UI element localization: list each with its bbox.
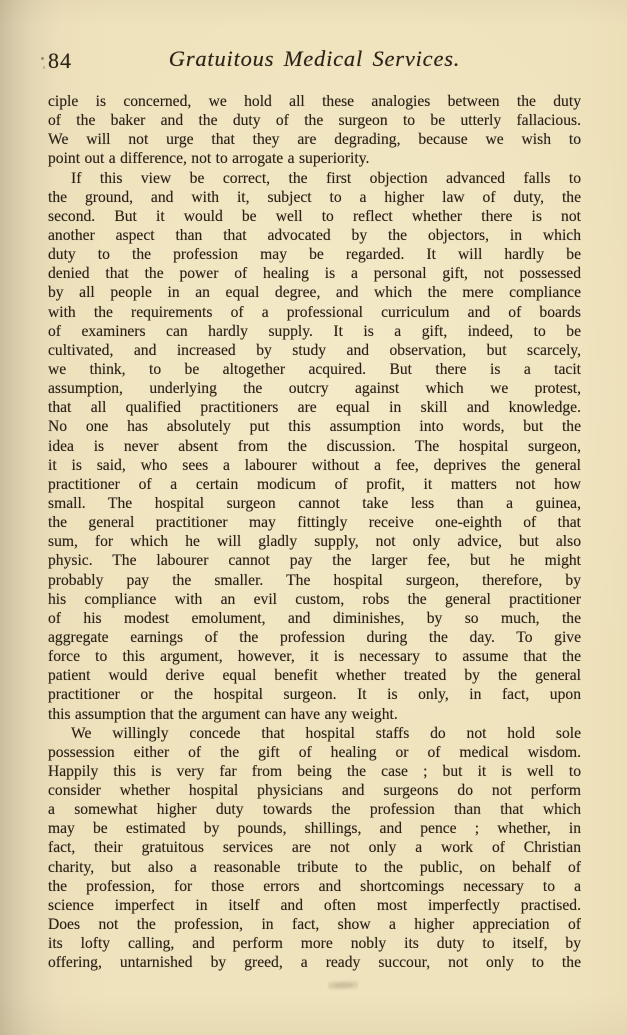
text-line: No one has absolutely put this assumptio… bbox=[48, 417, 581, 436]
text-line: we think, to be altogether acquired. But… bbox=[48, 360, 581, 379]
ink-speck bbox=[43, 66, 45, 69]
text-line: by all people in an equal degree, and wh… bbox=[48, 283, 581, 302]
text-line: its lofty calling, and perform more nobl… bbox=[48, 934, 581, 953]
text-line: offering, untarnished by greed, a ready … bbox=[48, 953, 581, 972]
text-line: a somewhat higher duty towards the profe… bbox=[48, 800, 581, 819]
text-line: If this view be correct, the first objec… bbox=[48, 169, 581, 188]
text-line: cultivated, and increased by study and o… bbox=[48, 341, 581, 360]
text-line: Does not the profession, in fact, show a… bbox=[48, 915, 581, 934]
text-line: point out a difference, not to arrogate … bbox=[48, 149, 581, 168]
text-line: charity, but also a reasonable tribute t… bbox=[48, 858, 581, 877]
text-line: ciple is concerned, we hold all these an… bbox=[48, 92, 581, 111]
text-line: with the requirements of a professional … bbox=[48, 303, 581, 322]
text-line: the profession, for those errors and sho… bbox=[48, 877, 581, 896]
ink-speck bbox=[41, 57, 44, 60]
text-line: assumption, underlying the outcry agains… bbox=[48, 379, 581, 398]
text-line: fact, their gratuitous services are not … bbox=[48, 838, 581, 857]
text-line: idea is never absent from the discussion… bbox=[48, 437, 581, 456]
text-line: patient would derive equal benefit wheth… bbox=[48, 666, 581, 685]
text-line: We willingly concede that hospital staff… bbox=[48, 724, 581, 743]
text-line: his compliance with an evil custom, robs… bbox=[48, 590, 581, 609]
scanned-book-page: 84 Gratuitous Medical Services. ciple is… bbox=[0, 0, 627, 1035]
text-line: We will not urge that they are degrading… bbox=[48, 130, 581, 149]
paragraph: If this view be correct, the first objec… bbox=[48, 169, 581, 724]
text-line: the general practitioner may fittingly r… bbox=[48, 513, 581, 532]
paragraph: We willingly concede that hospital staff… bbox=[48, 724, 581, 973]
text-line: science imperfect in itself and often mo… bbox=[48, 896, 581, 915]
text-line: that all qualified practitioners are equ… bbox=[48, 398, 581, 417]
text-line: possession either of the gift of healing… bbox=[48, 743, 581, 762]
show-through-mark bbox=[328, 979, 358, 992]
text-line: of the baker and the duty of the surgeon… bbox=[48, 111, 581, 130]
text-line: duty to the profession may be regarded. … bbox=[48, 245, 581, 264]
paragraph: ciple is concerned, we hold all these an… bbox=[48, 92, 581, 169]
text-line: the ground, and with it, subject to a hi… bbox=[48, 188, 581, 207]
text-line: of examiners can hardly supply. It is a … bbox=[48, 322, 581, 341]
text-line: this assumption that the argument can ha… bbox=[48, 705, 581, 724]
text-line: consider whether hospital physicians and… bbox=[48, 781, 581, 800]
text-line: sum, for which he will gladly supply, no… bbox=[48, 532, 581, 551]
running-title: Gratuitous Medical Services. bbox=[48, 46, 581, 72]
text-line: practitioner of a certain modicum of pro… bbox=[48, 475, 581, 494]
text-line: may be estimated by pounds, shillings, a… bbox=[48, 819, 581, 838]
text-line: denied that the power of healing is a pe… bbox=[48, 264, 581, 283]
text-line: small. The hospital surgeon cannot take … bbox=[48, 494, 581, 513]
text-line: of his modest emolument, and diminishes,… bbox=[48, 609, 581, 628]
page-body: ciple is concerned, we hold all these an… bbox=[48, 92, 581, 972]
text-line: probably pay the smaller. The hospital s… bbox=[48, 571, 581, 590]
text-line: force to this argument, however, it is n… bbox=[48, 647, 581, 666]
text-line: second. But it would be well to reflect … bbox=[48, 207, 581, 226]
text-line: physic. The labourer cannot pay the larg… bbox=[48, 551, 581, 570]
text-line: another aspect than that advocated by th… bbox=[48, 226, 581, 245]
running-head: 84 Gratuitous Medical Services. bbox=[48, 46, 581, 74]
text-line: aggregate earnings of the profession dur… bbox=[48, 628, 581, 647]
text-line: Happily this is very far from being the … bbox=[48, 762, 581, 781]
text-line: it is said, who sees a labourer without … bbox=[48, 456, 581, 475]
text-line: practitioner or the hospital surgeon. It… bbox=[48, 685, 581, 704]
